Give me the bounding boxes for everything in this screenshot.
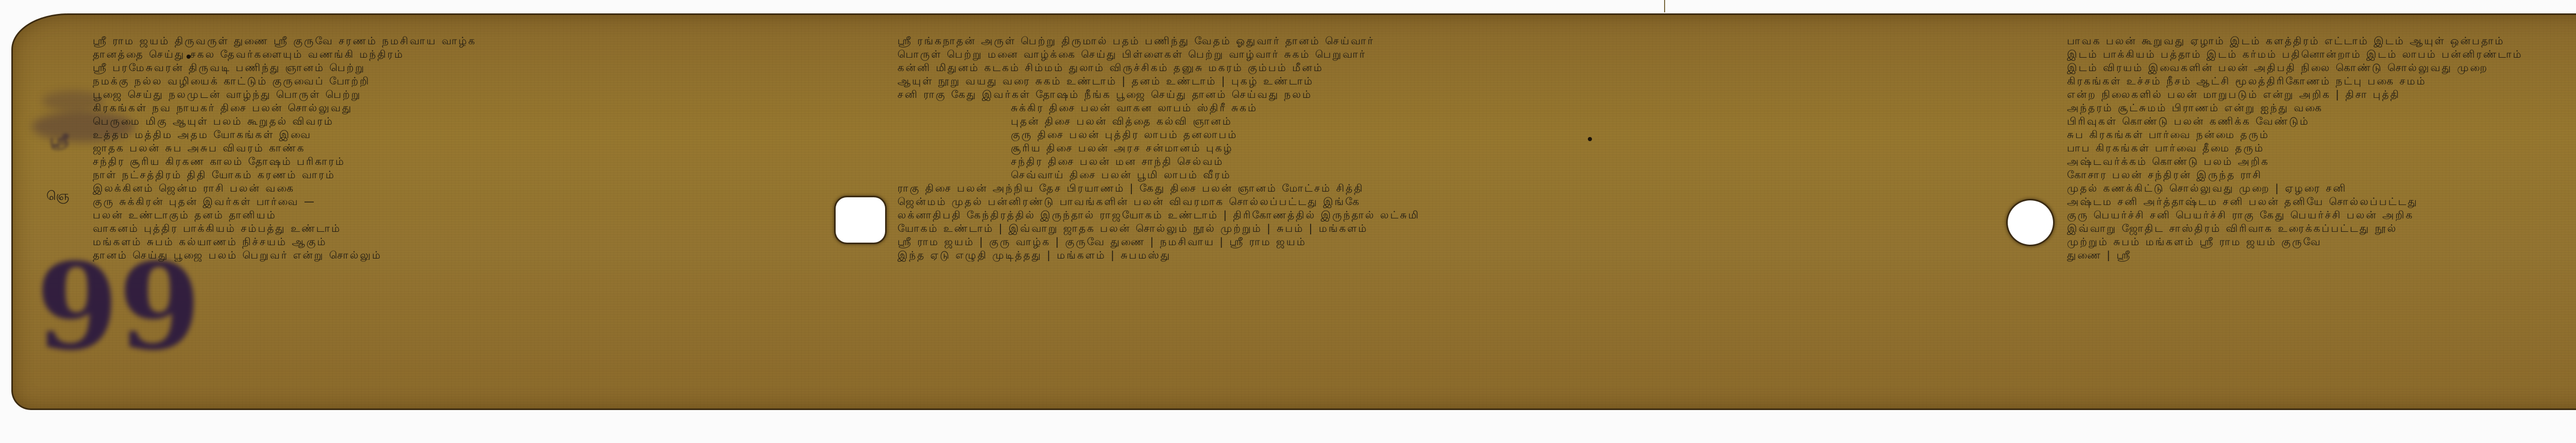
manuscript-line: நாள் நட்சத்திரம் திதி யோகம் கரணம் வாரம் xyxy=(93,168,835,181)
manuscript-line: ஸ்ரீ ராம ஜயம் திருவருள் துணை ஸ்ரீ குருவே… xyxy=(93,34,835,47)
scan-artifact-line xyxy=(1664,0,1665,12)
manuscript-line: ஜாதக பலன் சுப அசுப விவரம் காண்க xyxy=(93,141,835,155)
ink-dot xyxy=(1588,137,1592,141)
manuscript-line: ஸ்ரீ ராம ஜயம் | குரு வாழ்க | குருவே துணை… xyxy=(897,235,2000,248)
folio-number-left: 99 xyxy=(36,248,201,366)
manuscript-line: குரு சுக்கிரன் புதன் இவர்கள் பார்வை — xyxy=(93,195,835,208)
binding-hole-left xyxy=(836,197,885,243)
manuscript-line: சந்திர திசை பலன் மன சாந்தி செல்வம் xyxy=(897,155,2000,168)
margin-annotation-label: ஞெ xyxy=(46,189,69,205)
manuscript-line: பெருமை மிகு ஆயுள் பலம் கூறுதல் விவரம் xyxy=(93,114,835,128)
manuscript-line: கன்னி மிதுனம் கடகம் சிம்மம் துலாம் விருச… xyxy=(897,61,2000,74)
manuscript-line: ராகு திசை பலன் அந்நிய தேச பிரயாணம் | கேத… xyxy=(897,181,2000,195)
manuscript-line: குரு திசை பலன் புத்திர லாபம் தனலாபம் xyxy=(897,128,2000,141)
text-column-left: ஸ்ரீ ராம ஜயம் திருவருள் துணை ஸ்ரீ குருவே… xyxy=(93,34,835,262)
manuscript-line: பாவக பலன் கூறுவது ஏழாம் இடம் களத்திரம் எ… xyxy=(2067,34,2576,47)
manuscript-line: வாகனம் புத்திர பாக்கியம் சம்பத்து உண்டாம… xyxy=(93,221,835,235)
manuscript-line: பாப கிரகங்கள் பார்வை தீமை தரும் xyxy=(2067,141,2576,155)
manuscript-line: உத்தம மத்திம அதம யோகங்கள் இவை xyxy=(93,128,835,141)
manuscript-line: குரு பெயர்ச்சி சனி பெயர்ச்சி ராகு கேது ப… xyxy=(2067,208,2576,221)
manuscript-line: இவ்வாறு ஜோதிட சாஸ்திரம் விரிவாக உரைக்கப்… xyxy=(2067,221,2576,235)
manuscript-line: கிரகங்கள் நவ நாயகர் திசை பலன் சொல்லுவது xyxy=(93,101,835,114)
manuscript-line: இந்த ஏடு எழுதி முடித்தது | மங்களம் | சுப… xyxy=(897,248,2000,262)
manuscript-line: பிரிவுகள் கொண்டு பலன் கணிக்க வேண்டும் xyxy=(2067,114,2576,128)
manuscript-line: பலன் உண்டாகும் தனம் தானியம் xyxy=(93,208,835,221)
manuscript-line: செவ்வாய் திசை பலன் பூமி லாபம் வீரம் xyxy=(897,168,2000,181)
manuscript-line: சுக்கிர திசை பலன் வாகன லாபம் ஸ்திரீ சுகம… xyxy=(897,101,2000,114)
manuscript-line: சூரிய திசை பலன் அரச சன்மானம் புகழ் xyxy=(897,141,2000,155)
manuscript-line: ஆயுள் நூறு வயது வரை சுகம் உண்டாம் | தனம்… xyxy=(897,74,2000,88)
manuscript-line: இலக்கினம் ஜென்ம ராசி பலன் வகை xyxy=(93,181,835,195)
manuscript-line: கிரகங்கள் உச்சம் நீசம் ஆட்சி மூலத்திரிகோ… xyxy=(2067,74,2576,88)
manuscript-line: இடம் விரயம் இவைகளின் பலன் அதிபதி நிலை கொ… xyxy=(2067,61,2576,74)
manuscript-line: பூஜை செய்து நலமுடன் வாழ்ந்து பொருள் பெற்… xyxy=(93,88,835,101)
ink-dot xyxy=(187,55,191,59)
margin-annotation-smudge: ஸ்ரீ xyxy=(50,132,69,151)
manuscript-line: அந்தரம் சூட்சுமம் பிராணம் என்று ஐந்து வக… xyxy=(2067,101,2576,114)
manuscript-line: ஸ்ரீ பரமேசுவரன் திருவடி பணிந்து ஞானம் பெ… xyxy=(93,61,835,74)
manuscript-line: துணை | ஸ்ரீ xyxy=(2067,248,2576,262)
manuscript-line: சனி ராகு கேது இவர்கள் தோஷம் நீங்க பூஜை ச… xyxy=(897,88,2000,101)
manuscript-line: யோகம் உண்டாம் | இவ்வாறு ஜாதக பலன் சொல்லு… xyxy=(897,221,2000,235)
manuscript-line: சுப கிரகங்கள் பார்வை நன்மை தரும் xyxy=(2067,128,2576,141)
palm-leaf-folio: ஸ்ரீ ஞெ 99 ஸ்ரீ ராம ஜயம் திருவருள் துணை … xyxy=(11,13,2576,410)
binding-hole-right xyxy=(2008,200,2053,245)
manuscript-line: ஜென்மம் முதல் பன்னிரண்டு பாவங்களின் பலன்… xyxy=(897,195,2000,208)
manuscript-line: என்ற நிலைகளில் பலன் மாறுபடும் என்று அறிக… xyxy=(2067,88,2576,101)
manuscript-line: மங்களம் சுபம் கல்யாணம் நிச்சயம் ஆகும் xyxy=(93,235,835,248)
manuscript-line: கோசார பலன் சந்திரன் இருந்த ராசி xyxy=(2067,168,2576,181)
manuscript-line: இடம் பாக்கியம் பத்தாம் இடம் கர்மம் பதினொ… xyxy=(2067,47,2576,61)
manuscript-line: லக்னாதிபதி கேந்திரத்தில் இருந்தால் ராஜயோ… xyxy=(897,208,2000,221)
manuscript-line: முதல் கணக்கிட்டு சொல்லுவது முறை | ஏழரை ச… xyxy=(2067,181,2576,195)
manuscript-line: ஸ்ரீ ரங்கநாதன் அருள் பெற்று திருமால் பதம… xyxy=(897,34,2000,47)
manuscript-line: புதன் திசை பலன் வித்தை கல்வி ஞானம் xyxy=(897,114,2000,128)
manuscript-line: அஷ்டம சனி அர்த்தாஷ்டம சனி பலன் தனியே சொல… xyxy=(2067,195,2576,208)
text-column-middle: ஸ்ரீ ரங்கநாதன் அருள் பெற்று திருமால் பதம… xyxy=(897,34,2000,262)
manuscript-line: நமக்கு நல்ல வழியைக் காட்டும் குருவைப் போ… xyxy=(93,74,835,88)
manuscript-line: அஷ்டவர்க்கம் கொண்டு பலம் அறிக xyxy=(2067,155,2576,168)
manuscript-line: பொருள் பெற்று மனை வாழ்க்கை செய்து பிள்ளை… xyxy=(897,47,2000,61)
manuscript-line: தானத்தை செய்து சகல தேவர்களையும் வணங்கி ம… xyxy=(93,47,835,61)
manuscript-line: சந்திர சூரிய கிரகண காலம் தோஷம் பரிகாரம் xyxy=(93,155,835,168)
manuscript-line: முற்றும் சுபம் மங்களம் ஸ்ரீ ராம ஜயம் குர… xyxy=(2067,235,2576,248)
manuscript-line: தானம் செய்து பூஜை பலம் பெறுவர் என்று சொல… xyxy=(93,248,835,262)
text-column-right: பாவக பலன் கூறுவது ஏழாம் இடம் களத்திரம் எ… xyxy=(2067,34,2576,262)
